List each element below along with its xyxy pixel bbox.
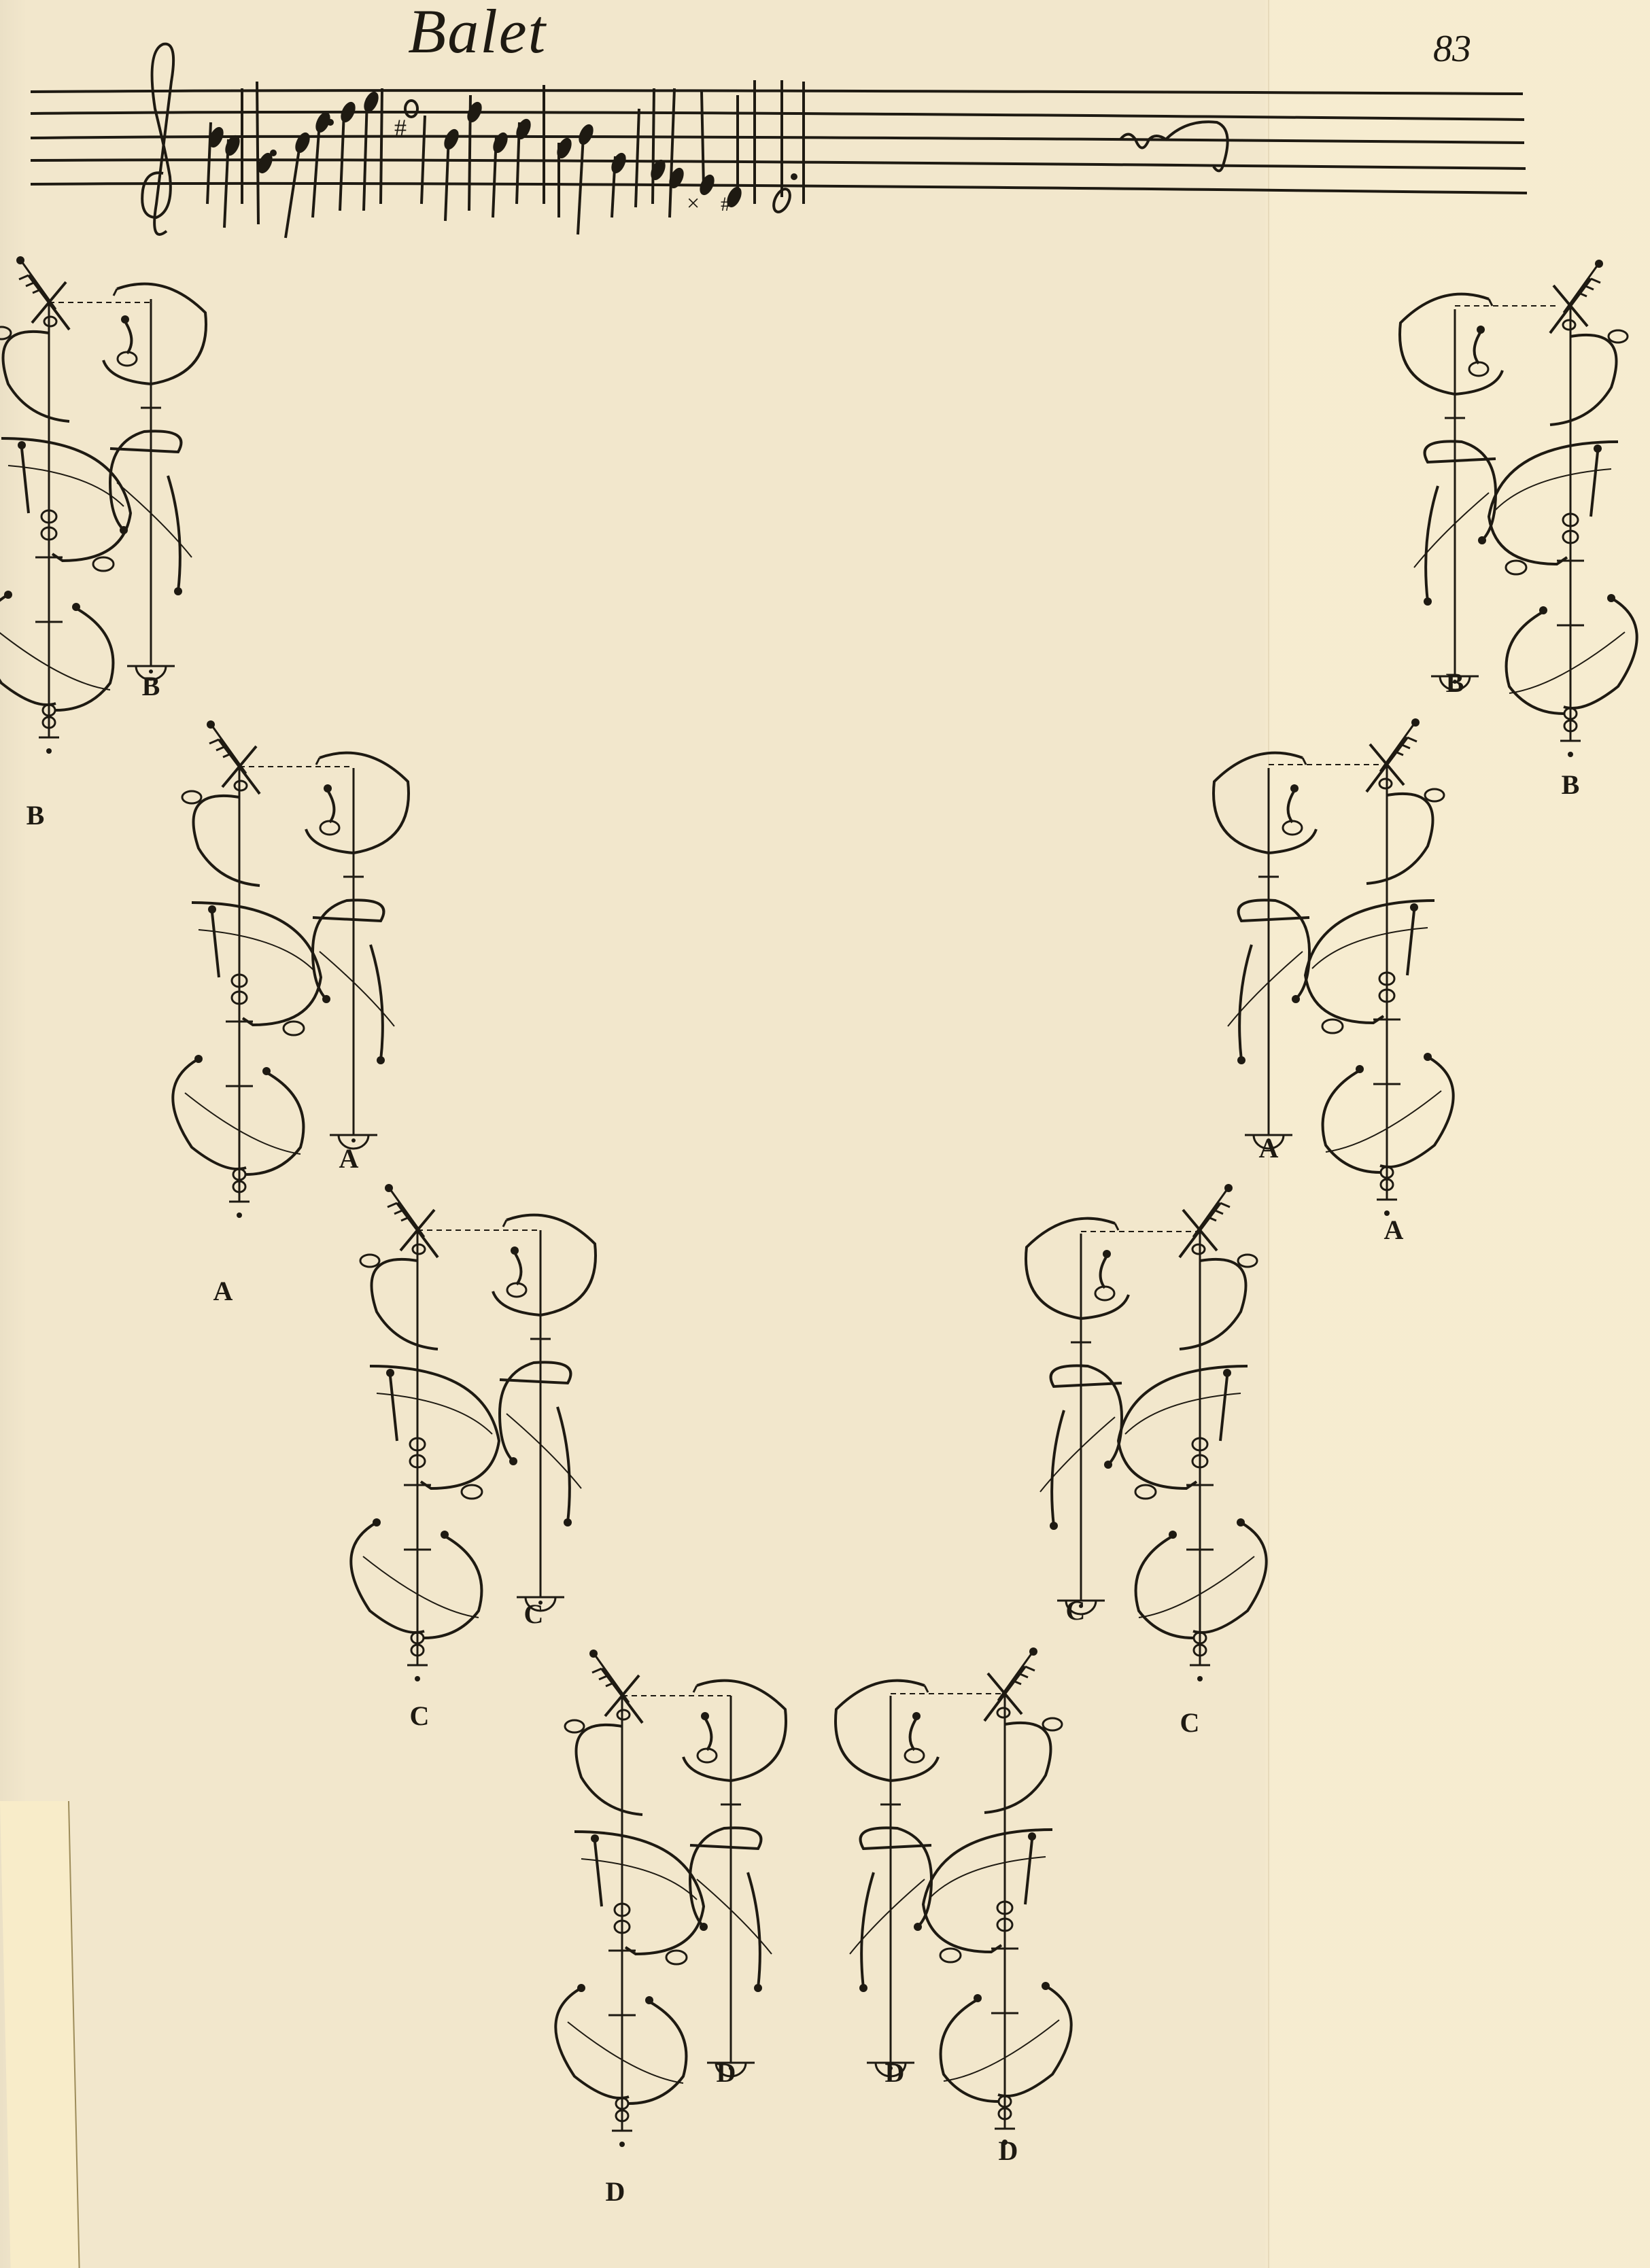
track-label-c: C xyxy=(524,1601,544,1628)
track-label-a: A xyxy=(1384,1217,1404,1244)
track-pair-b-right xyxy=(1400,260,1637,757)
track-label-c: C xyxy=(1066,1597,1086,1624)
track-label-a: A xyxy=(1259,1135,1279,1162)
track-label-b: B xyxy=(142,673,160,700)
track-pair-c-right xyxy=(1026,1184,1267,1681)
track-label-d: D xyxy=(999,2138,1018,2165)
track-pair-a-left xyxy=(173,720,409,1218)
track-pair-d-left xyxy=(555,1650,786,2147)
track-label-a: A xyxy=(213,1278,233,1305)
book-page: Balet 83 # xyxy=(0,0,1650,2268)
track-label-d: D xyxy=(717,2059,736,2087)
track-pair-c-left xyxy=(351,1184,596,1681)
track-label-c: C xyxy=(410,1703,430,1730)
track-label-c: C xyxy=(1180,1709,1200,1737)
track-label-b: B xyxy=(1562,771,1580,799)
track-pair-d-right xyxy=(836,1647,1071,2145)
track-label-b: B xyxy=(1446,669,1464,697)
dance-figures xyxy=(0,0,1650,2268)
track-label-b: B xyxy=(27,802,45,829)
track-label-d: D xyxy=(885,2059,905,2087)
track-pair-b-left xyxy=(0,256,206,754)
track-pair-a-right xyxy=(1214,718,1454,1216)
track-label-d: D xyxy=(606,2178,625,2205)
track-label-a: A xyxy=(339,1145,359,1172)
